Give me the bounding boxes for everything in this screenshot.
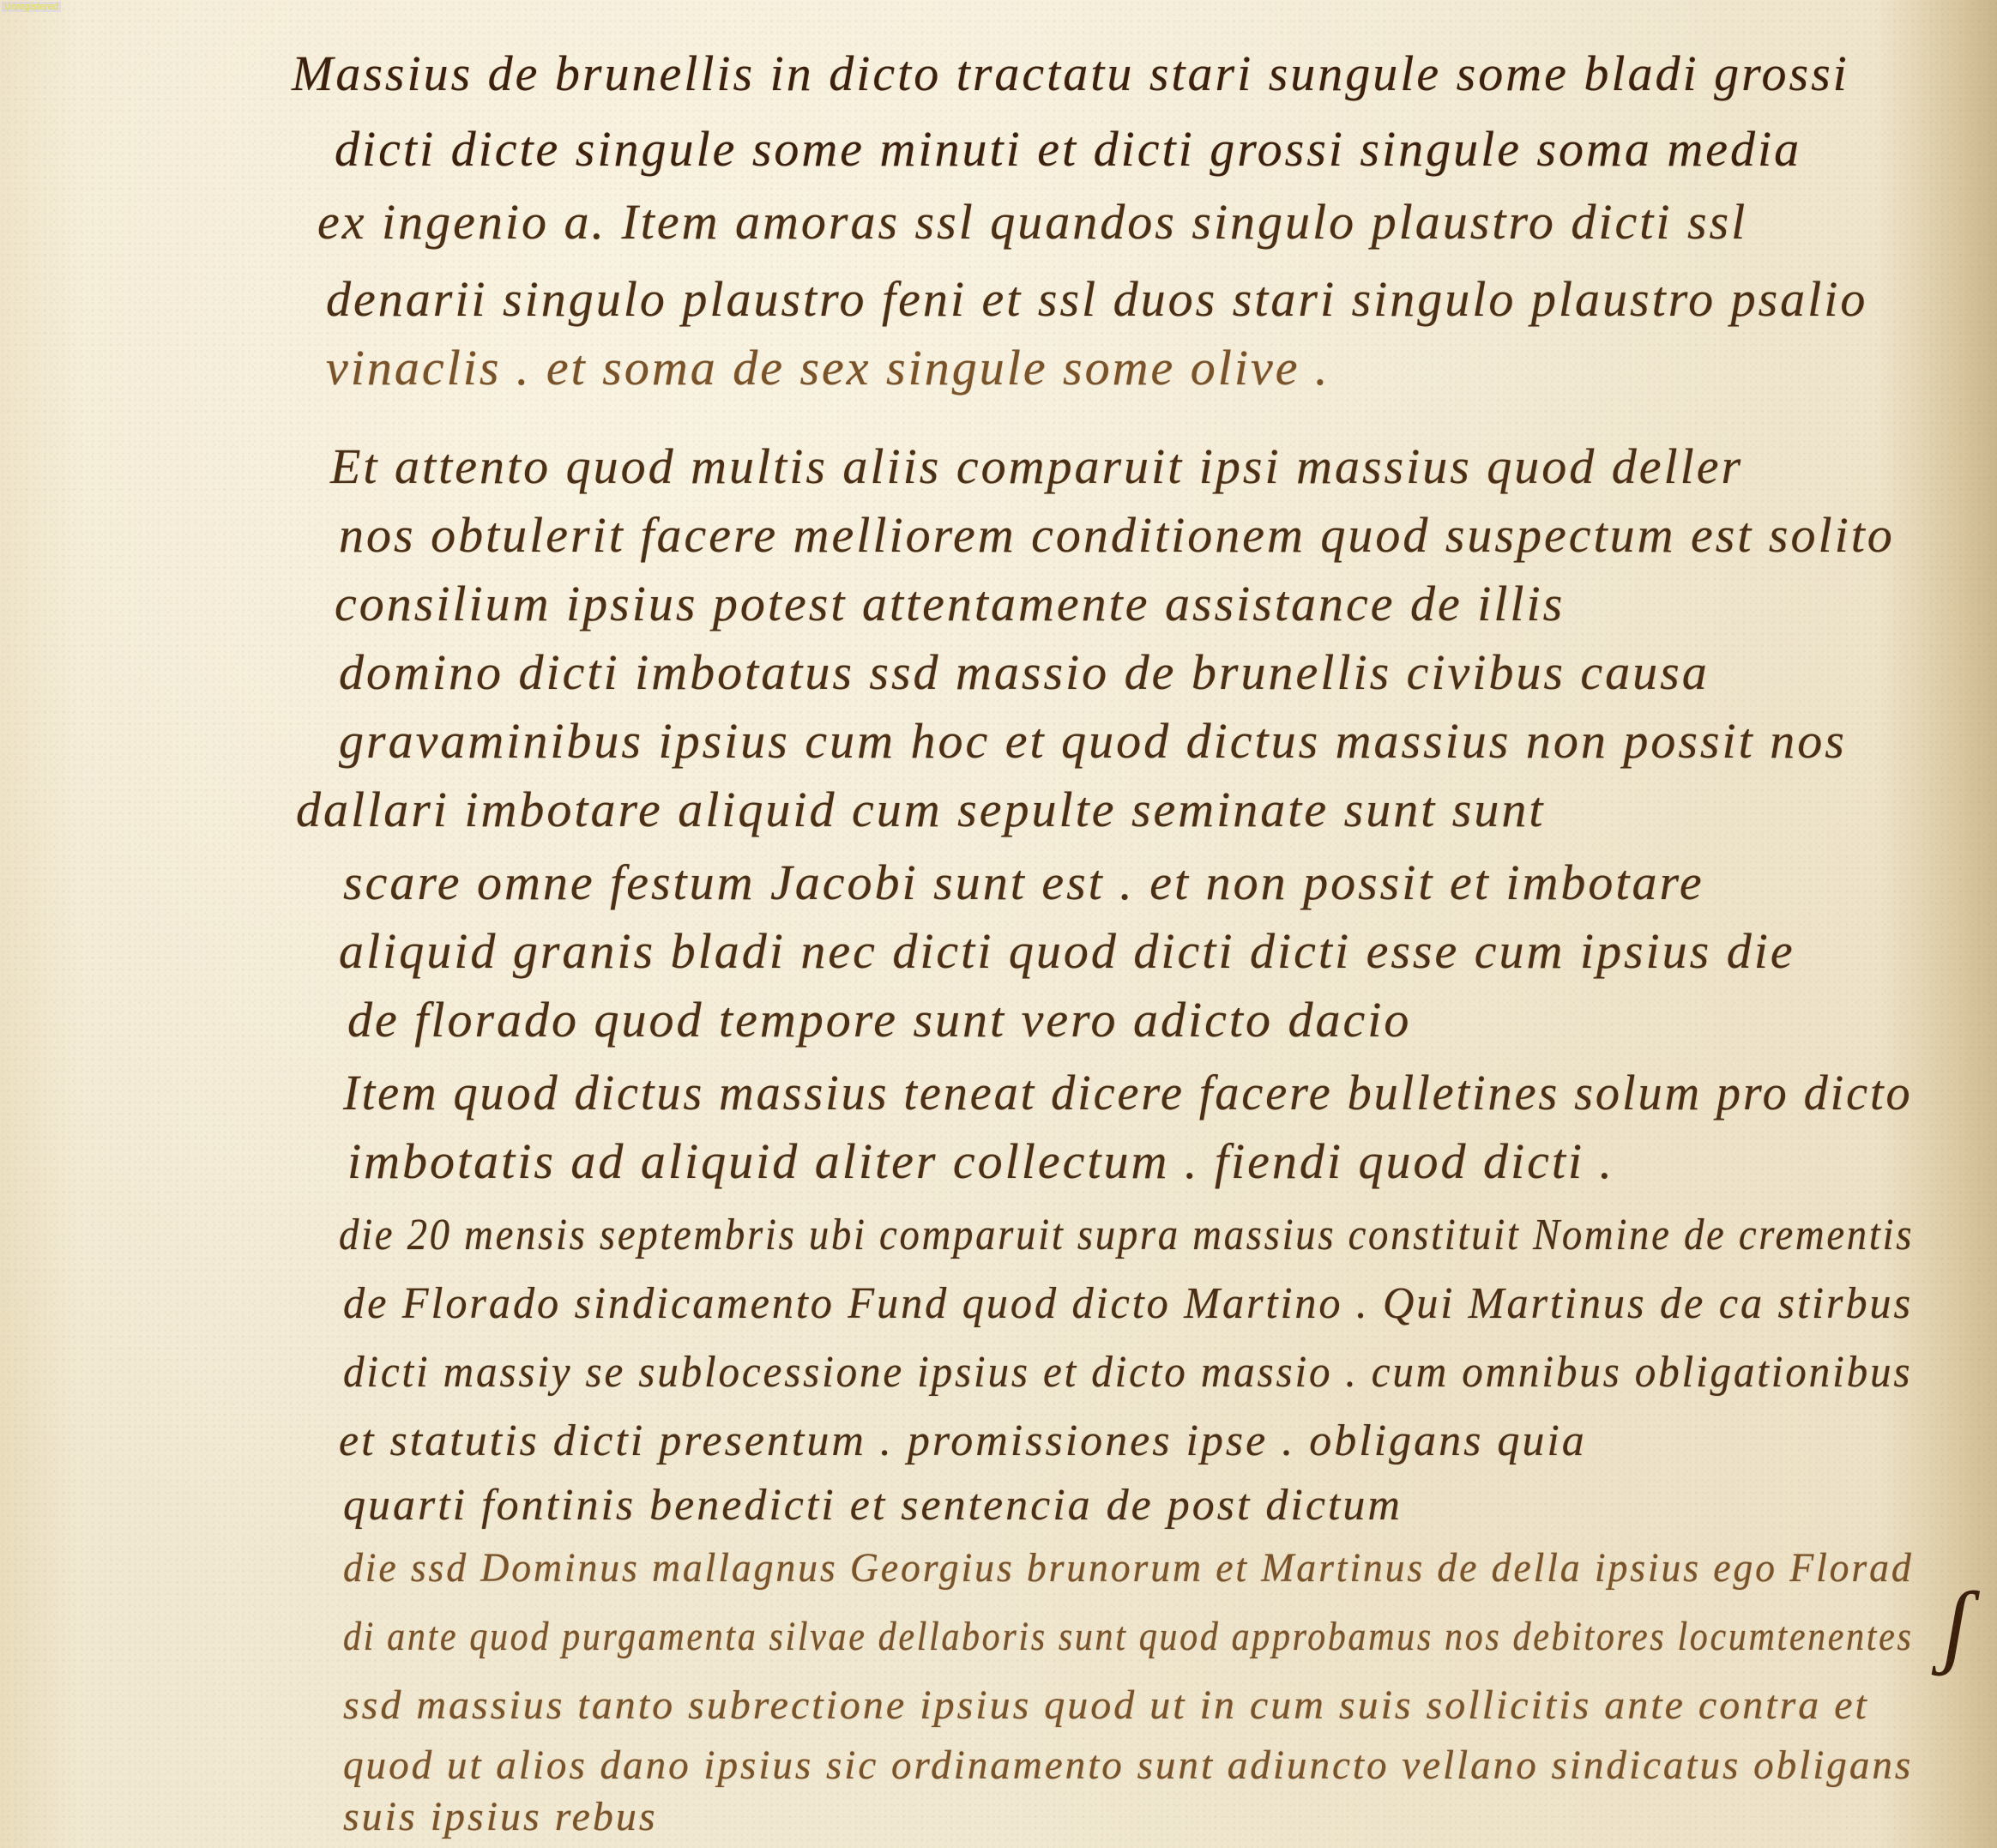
manuscript-line: de florado quod tempore sunt vero adicto… (347, 991, 1411, 1048)
unregistered-watermark: Unregistered (2, 2, 61, 12)
manuscript-line: scare omne festum Jacobi sunt est . et n… (343, 854, 1704, 911)
manuscript-line: die ssd Dominus mallagnus Georgius bruno… (343, 1544, 1914, 1591)
manuscript-line: di ante quod purgamenta silvae dellabori… (343, 1613, 1913, 1660)
manuscript-line: nos obtulerit facere melliorem condition… (339, 506, 1895, 564)
manuscript-line: vinaclis . et soma de sex singule some o… (326, 339, 1330, 396)
manuscript-line: de Florado sindicamento Fund quod dicto … (343, 1278, 1913, 1329)
manuscript-line: quarti fontinis benedicti et sentencia d… (343, 1480, 1403, 1531)
manuscript-line: dicti dicte singule some minuti et dicti… (335, 120, 1801, 178)
manuscript-line: quod ut alios dano ipsius sic ordinament… (343, 1742, 1913, 1789)
manuscript-line: imbotatis ad aliquid aliter collectum . … (347, 1132, 1614, 1190)
manuscript-line: Et attento quod multis aliis comparuit i… (330, 438, 1743, 495)
manuscript-line: ex ingenio a. Item amoras ssl quandos si… (317, 193, 1747, 251)
manuscript-line: dallari imbotare aliquid cum sepulte sem… (296, 781, 1546, 838)
manuscript-line: dicti massiy se sublocessione ipsius et … (343, 1347, 1912, 1398)
manuscript-line: Massius de brunellis in dicto tractatu s… (292, 45, 1849, 102)
manuscript-line: suis ipsius rebus (343, 1793, 658, 1840)
manuscript-line: denarii singulo plaustro feni et ssl duo… (326, 270, 1867, 328)
manuscript-line: aliquid granis bladi nec dicti quod dict… (339, 922, 1795, 980)
manuscript-line: ssd massius tanto subrectione ipsius quo… (343, 1682, 1869, 1729)
manuscript-line: domino dicti imbotatus ssd massio de bru… (339, 643, 1710, 701)
manuscript-page: Unregistered Massius de brunellis in dic… (0, 0, 1997, 1848)
manuscript-line: consilium ipsius potest attentamente ass… (335, 575, 1565, 632)
manuscript-line: Item quod dictus massius teneat dicere f… (343, 1064, 1913, 1121)
manuscript-line: gravaminibus ipsius cum hoc et quod dict… (339, 712, 1847, 770)
manuscript-line: et statutis dicti presentum . promission… (339, 1416, 1587, 1466)
marginal-bracket-mark: ʃ (1943, 1570, 1970, 1679)
manuscript-line: die 20 mensis septembris ubi comparuit s… (339, 1210, 1914, 1260)
